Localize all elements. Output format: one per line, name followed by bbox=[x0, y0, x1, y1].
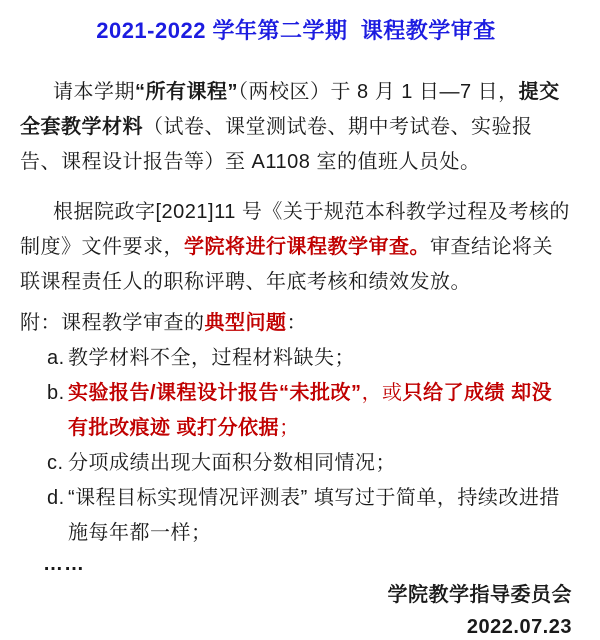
list-marker-c: c. bbox=[47, 446, 64, 481]
list-item-a: a. 教学材料不全，过程材料缺失； bbox=[47, 341, 572, 376]
attachment-heading: 附：课程教学审查的典型问题： bbox=[20, 306, 572, 341]
paragraph-review-policy: 根据院政字[2021]11 号《关于规范本科教学过程及考核的制度》文件要求，学院… bbox=[20, 195, 572, 300]
list-item-b: b. 实验报告/课程设计报告“未批改”，或只给了成绩 却没有批改痕迹 或打分依据… bbox=[47, 376, 572, 446]
text-run: ： bbox=[287, 312, 308, 334]
list-item-d-text: “课程目标实现情况评测表” 填写过于简单，持续改进措施每年都一样； bbox=[68, 487, 560, 544]
text-run: （两校区）于 8 月 1 日—7 日， bbox=[238, 81, 519, 103]
text-run: “课程目标实现情况评测表” 填写过于简单，持续改进措施每年都一样； bbox=[68, 487, 560, 544]
document-page: 2021-2022 学年第二学期 课程教学审查 请本学期“所有课程”（两校区）于… bbox=[0, 0, 600, 640]
text-run: 教学材料不全，过程材料缺失； bbox=[68, 347, 355, 369]
typical-problems-list: a. 教学材料不全，过程材料缺失； b. 实验报告/课程设计报告“未批改”，或只… bbox=[20, 341, 572, 551]
ellipsis-line: …… bbox=[43, 551, 572, 577]
list-marker-b: b. bbox=[47, 376, 65, 411]
document-title: 2021-2022 学年第二学期 课程教学审查 bbox=[20, 16, 572, 46]
text-run: “所有课程” bbox=[135, 81, 238, 103]
signature-block: 学院教学指导委员会 2022.07.23 bbox=[20, 579, 572, 640]
list-item-b-text: 实验报告/课程设计报告“未批改”，或只给了成绩 却没有批改痕迹 或打分依据； bbox=[68, 382, 552, 439]
text-run: 实验报告/课程设计报告“未批改” bbox=[68, 382, 362, 404]
list-item-d: d. “课程目标实现情况评测表” 填写过于简单，持续改进措施每年都一样； bbox=[47, 481, 572, 551]
text-run: ； bbox=[279, 417, 300, 439]
text-run: 典型问题 bbox=[205, 312, 287, 334]
list-item-c: c. 分项成绩出现大面积分数相同情况； bbox=[47, 446, 572, 481]
text-run: 请本学期 bbox=[53, 81, 135, 103]
text-run: 附：课程教学审查的 bbox=[20, 312, 205, 334]
paragraph-material-submission: 请本学期“所有课程”（两校区）于 8 月 1 日—7 日，提交全套教学材料（试卷… bbox=[20, 75, 572, 180]
text-run: 学院将进行课程教学审查。 bbox=[184, 236, 430, 258]
signature-date: 2022.07.23 bbox=[20, 611, 572, 640]
list-marker-a: a. bbox=[47, 341, 65, 376]
signature-org: 学院教学指导委员会 bbox=[20, 579, 572, 611]
list-item-c-text: 分项成绩出现大面积分数相同情况； bbox=[68, 452, 396, 474]
text-run: 分项成绩出现大面积分数相同情况； bbox=[68, 452, 396, 474]
list-item-a-text: 教学材料不全，过程材料缺失； bbox=[68, 347, 355, 369]
list-marker-d: d. bbox=[47, 481, 65, 516]
text-run: ，或 bbox=[362, 382, 403, 404]
